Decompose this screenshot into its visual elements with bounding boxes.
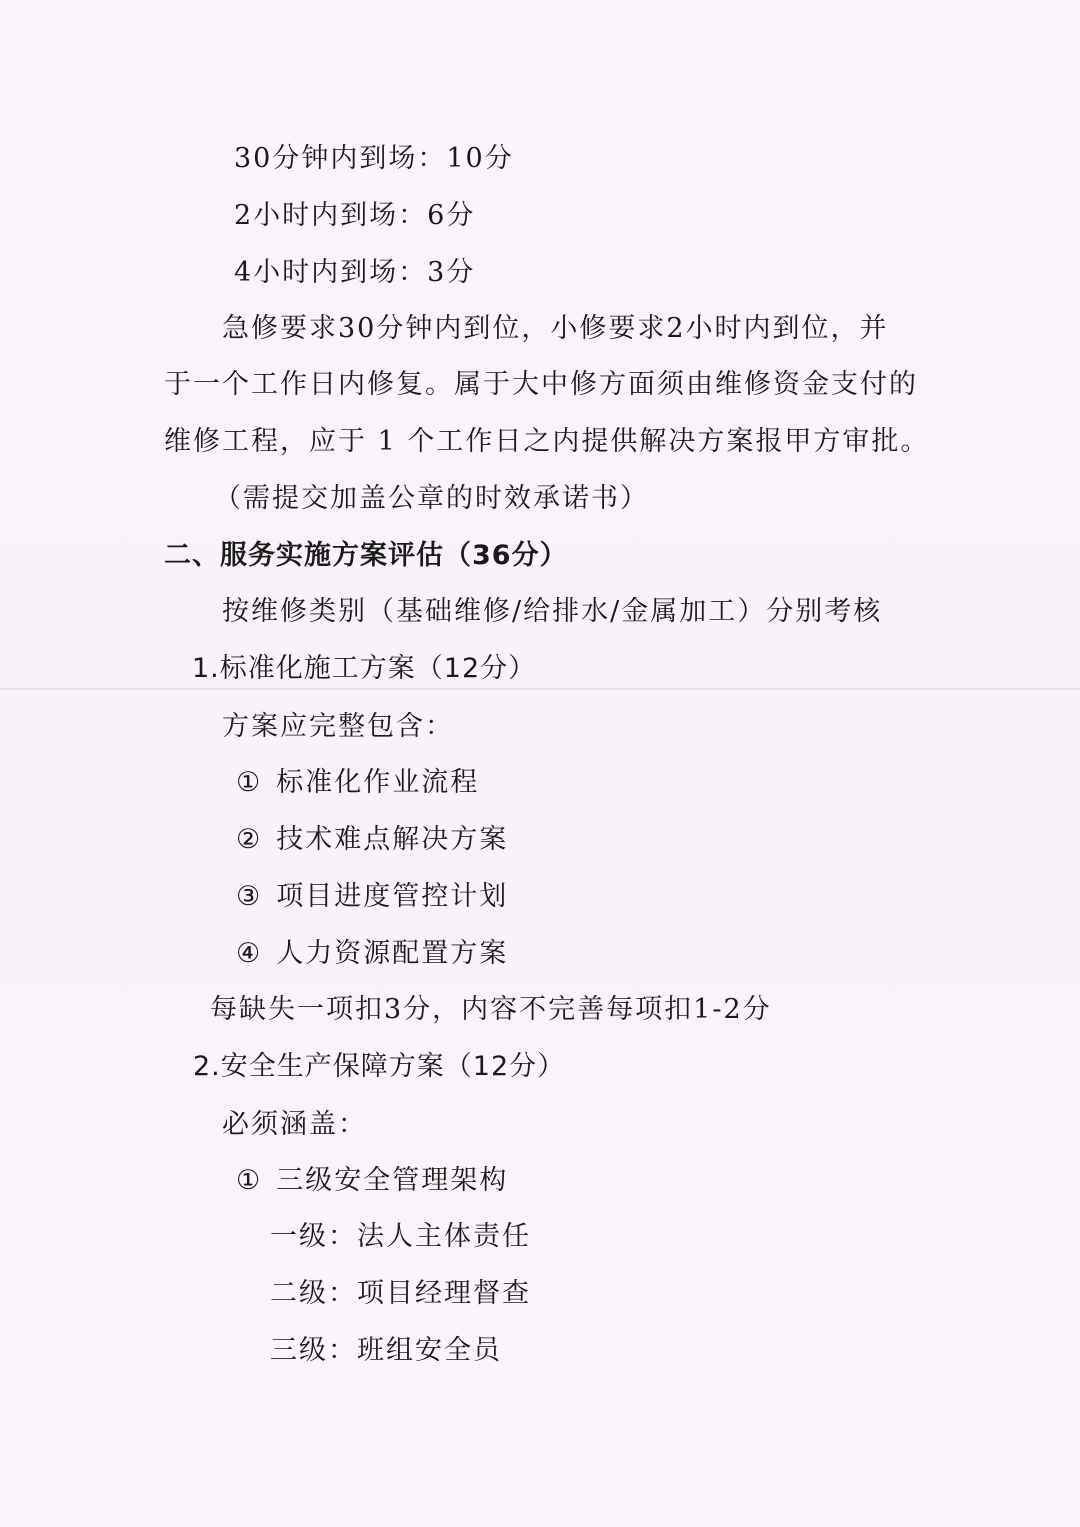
list-item: ②技术难点解决方案 <box>236 823 508 857</box>
subsection-standard-construction-title: 1.标准化施工方案（12分） <box>192 652 536 686</box>
document-page: 30分钟内到场：10分 2小时内到场：6分 4小时内到场：3分 急修要求30分钟… <box>0 0 1080 1527</box>
safety-level-1: 一级：法人主体责任 <box>270 1220 531 1254</box>
commitment-note: （需提交加盖公章的时效承诺书） <box>214 482 649 516</box>
arrival-score-2h: 2小时内到场：6分 <box>234 199 475 233</box>
safety-level-2: 二级：项目经理督查 <box>270 1277 531 1311</box>
circled-number-1: ① <box>236 1164 262 1198</box>
repair-requirement-line-3: 维修工程，应于 1 个工作日之内提供解决方案报甲方审批。 <box>164 425 929 459</box>
deduction-rule: 每缺失一项扣3分，内容不完善每项扣1-2分 <box>210 993 772 1027</box>
subsection-safety-lead: 必须涵盖： <box>222 1108 367 1142</box>
paper-fold-line <box>0 688 1080 690</box>
list-item: ①三级安全管理架构 <box>236 1164 508 1198</box>
section-two-intro: 按维修类别（基础维修/给排水/金属加工）分别考核 <box>222 595 882 629</box>
circled-number-2: ② <box>236 823 262 857</box>
list-item: ③项目进度管控计划 <box>236 880 508 914</box>
repair-requirement-line-1: 急修要求30分钟内到位，小修要求2小时内到位，并 <box>222 312 889 346</box>
subsection-standard-construction-lead: 方案应完整包含： <box>222 710 454 744</box>
list-item: ①标准化作业流程 <box>236 766 479 800</box>
circled-number-1: ① <box>236 766 262 800</box>
safety-level-3: 三级：班组安全员 <box>270 1334 502 1368</box>
section-two-title: 二、服务实施方案评估（36分） <box>164 539 568 573</box>
circled-number-3: ③ <box>236 880 262 914</box>
list-item: ④人力资源配置方案 <box>236 937 508 971</box>
repair-requirement-line-2: 于一个工作日内修复。属于大中修方面须由维修资金支付的 <box>164 368 918 402</box>
arrival-score-30min: 30分钟内到场：10分 <box>234 142 514 176</box>
arrival-score-4h: 4小时内到场：3分 <box>234 256 475 290</box>
circled-number-4: ④ <box>236 937 262 971</box>
subsection-safety-title: 2.安全生产保障方案（12分） <box>193 1050 565 1084</box>
